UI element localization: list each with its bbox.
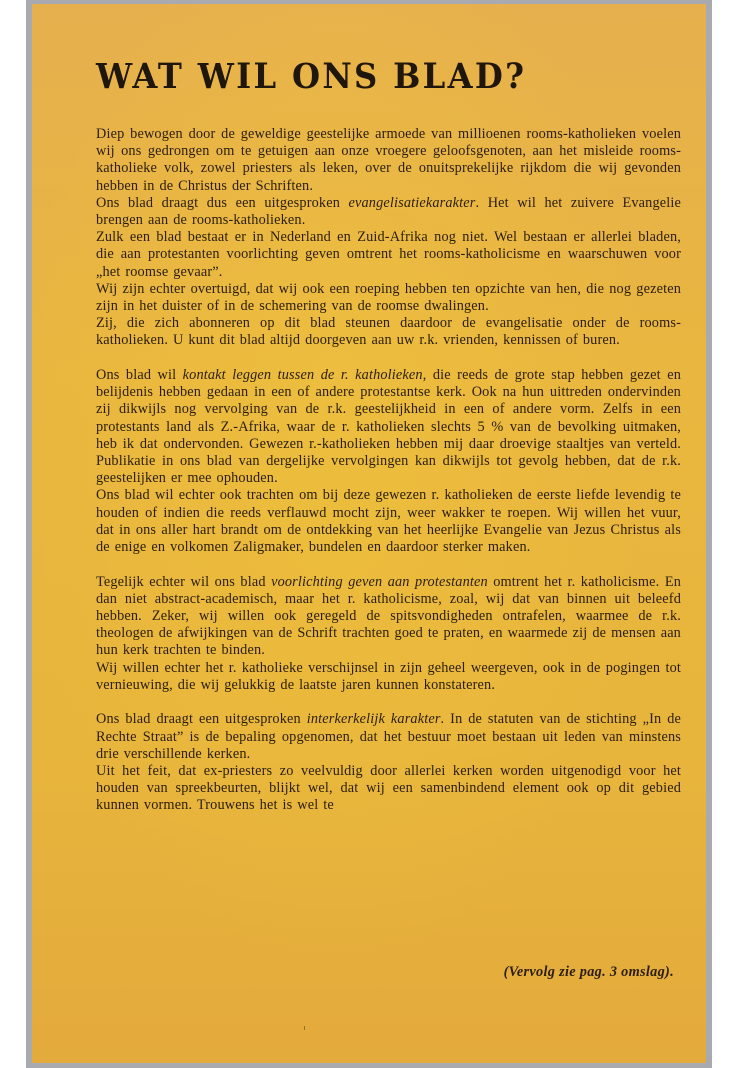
article-paragraph: Ons blad wil echter ook trachten om bij … (96, 487, 681, 556)
article-paragraph: Ons blad draagt dus een uitgesproken eva… (96, 195, 681, 229)
article-paragraph: Zij, die zich abonneren op dit blad steu… (96, 315, 681, 349)
paragraph-text: Zulk een blad bestaat er in Nederland en… (96, 229, 681, 279)
article-paragraph: Diep bewogen door de geweldige geestelij… (96, 126, 681, 195)
emphasized-text: voorlichting geven aan protestanten (271, 574, 488, 590)
paragraph-text: Uit het feit, dat ex-priesters zo veelvu… (96, 763, 681, 813)
continuation-note: (Vervolg zie pag. 3 omslag). (504, 964, 674, 981)
article-paragraph: Ons blad wil kontakt leggen tussen de r.… (96, 367, 681, 487)
article-paragraph: Wij willen echter het r. katholieke vers… (96, 660, 681, 694)
paragraph-text: Zij, die zich abonneren op dit blad steu… (96, 315, 681, 348)
article-paragraph: Uit het feit, dat ex-priesters zo veelvu… (96, 763, 681, 815)
paper-speck (304, 1026, 305, 1030)
paragraph-text: , die reeds de grote stap hebben gezet e… (96, 367, 681, 486)
paragraph-text: Wij zijn echter overtuigd, dat wij ook e… (96, 281, 681, 314)
paragraph-text: Ons blad draagt dus een uitgesproken (96, 195, 348, 211)
article-section: Diep bewogen door de geweldige geestelij… (96, 126, 681, 350)
paragraph-text: Ons blad wil echter ook trachten om bij … (96, 487, 681, 555)
article-paragraph: Zulk een blad bestaat er in Nederland en… (96, 229, 681, 281)
paragraph-text: Tegelijk echter wil ons blad (96, 574, 271, 590)
emphasized-text: interkerkelijk karakter (307, 711, 441, 727)
article-paragraph: Ons blad draagt een uitgesproken interke… (96, 711, 681, 763)
article-body: Diep bewogen door de geweldige geestelij… (96, 126, 681, 815)
article-section: Ons blad wil kontakt leggen tussen de r.… (96, 367, 681, 556)
page-title: WAT WIL ONS BLAD? (96, 56, 526, 97)
article-section: Tegelijk echter wil ons blad voorlichtin… (96, 574, 681, 694)
paragraph-text: Ons blad wil (96, 367, 183, 383)
article-paragraph: Tegelijk echter wil ons blad voorlichtin… (96, 574, 681, 660)
article-section: Ons blad draagt een uitgesproken interke… (96, 711, 681, 814)
article-paragraph: Wij zijn echter overtuigd, dat wij ook e… (96, 281, 681, 315)
paragraph-text: Wij willen echter het r. katholieke vers… (96, 660, 681, 693)
paragraph-text: Diep bewogen door de geweldige geestelij… (96, 126, 681, 194)
emphasized-text: evangelisatiekarakter (348, 195, 475, 211)
paragraph-text: Ons blad draagt een uitgesproken (96, 711, 307, 727)
emphasized-text: kontakt leggen tussen de r. katholieken (183, 367, 423, 383)
document-page: WAT WIL ONS BLAD? Diep bewogen door de g… (32, 4, 706, 1063)
